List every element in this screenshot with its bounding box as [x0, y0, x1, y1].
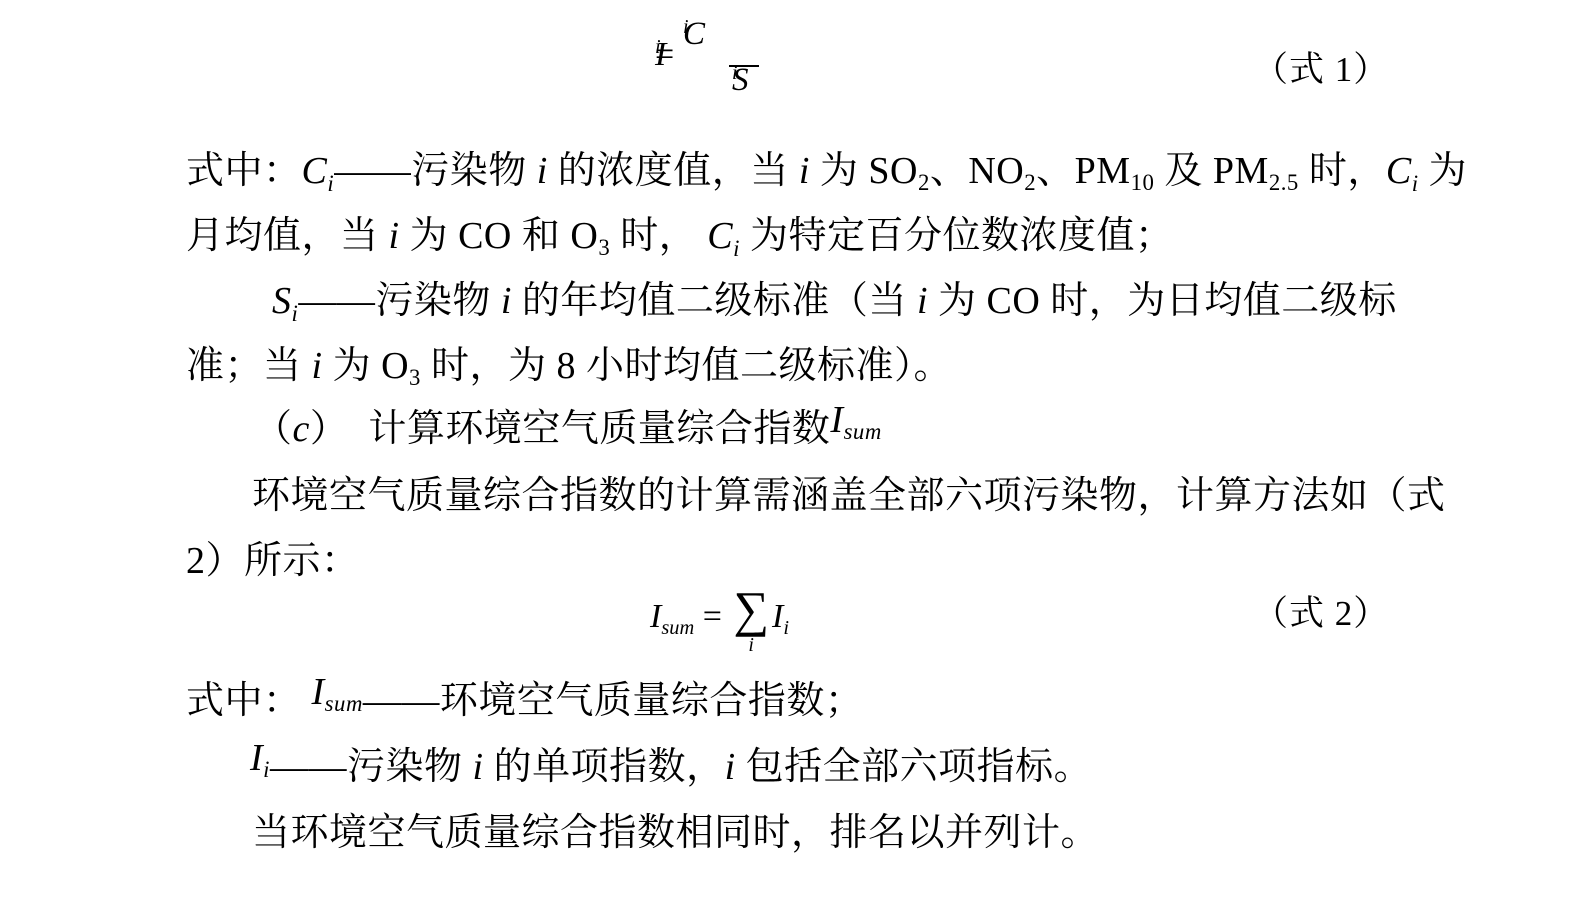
body-line-9: Ii——污染物 i 的单项指数，i 包括全部六项指标。: [250, 742, 1092, 797]
equation-1-label: （式 1）: [1253, 42, 1389, 92]
body-line-3: Si——污染物 i 的年均值二级标准（当 i 为 CO 时，为日均值二级标: [272, 276, 1397, 339]
formula-2-rhs: Ii: [772, 598, 789, 640]
document-page: Ii= Ci Si （式 1） 式中：Ci——污染物 i 的浓度值，当 i 为 …: [0, 0, 1588, 908]
summation-group: ∑ i: [733, 584, 769, 654]
formula-2: Isum = ∑ i Ii: [650, 584, 789, 654]
body-line-10: 当环境空气质量综合指数相同时，排名以并列计。: [252, 808, 1099, 858]
formula-1: Ii= Ci Si: [655, 18, 795, 118]
body-line-8: 式中： Isum——环境空气质量综合指数；: [186, 676, 863, 731]
body-line-2: 月均值，当 i 为 CO 和 O3 时， Ci 为特定百分位数浓度值；: [186, 211, 1173, 274]
body-line-1: 式中：Ci——污染物 i 的浓度值，当 i 为 SO2、NO2、PM10 及 P…: [186, 146, 1467, 209]
formula-2-lhs: Isum =: [650, 598, 730, 640]
body-line-6: 环境空气质量综合指数的计算需涵盖全部六项污染物，计算方法如（式: [252, 471, 1446, 521]
sigma-subscript: i: [748, 636, 754, 654]
body-line-7: 2）所示：: [186, 536, 360, 586]
sigma-icon: ∑: [733, 584, 769, 634]
body-line-4: 准；当 i 为 O3 时，为 8 小时均值二级标准）。: [186, 341, 952, 403]
body-line-5: （c） 计算环境空气质量综合指数Isum: [254, 404, 882, 459]
equation-2-label: （式 2）: [1253, 586, 1389, 636]
